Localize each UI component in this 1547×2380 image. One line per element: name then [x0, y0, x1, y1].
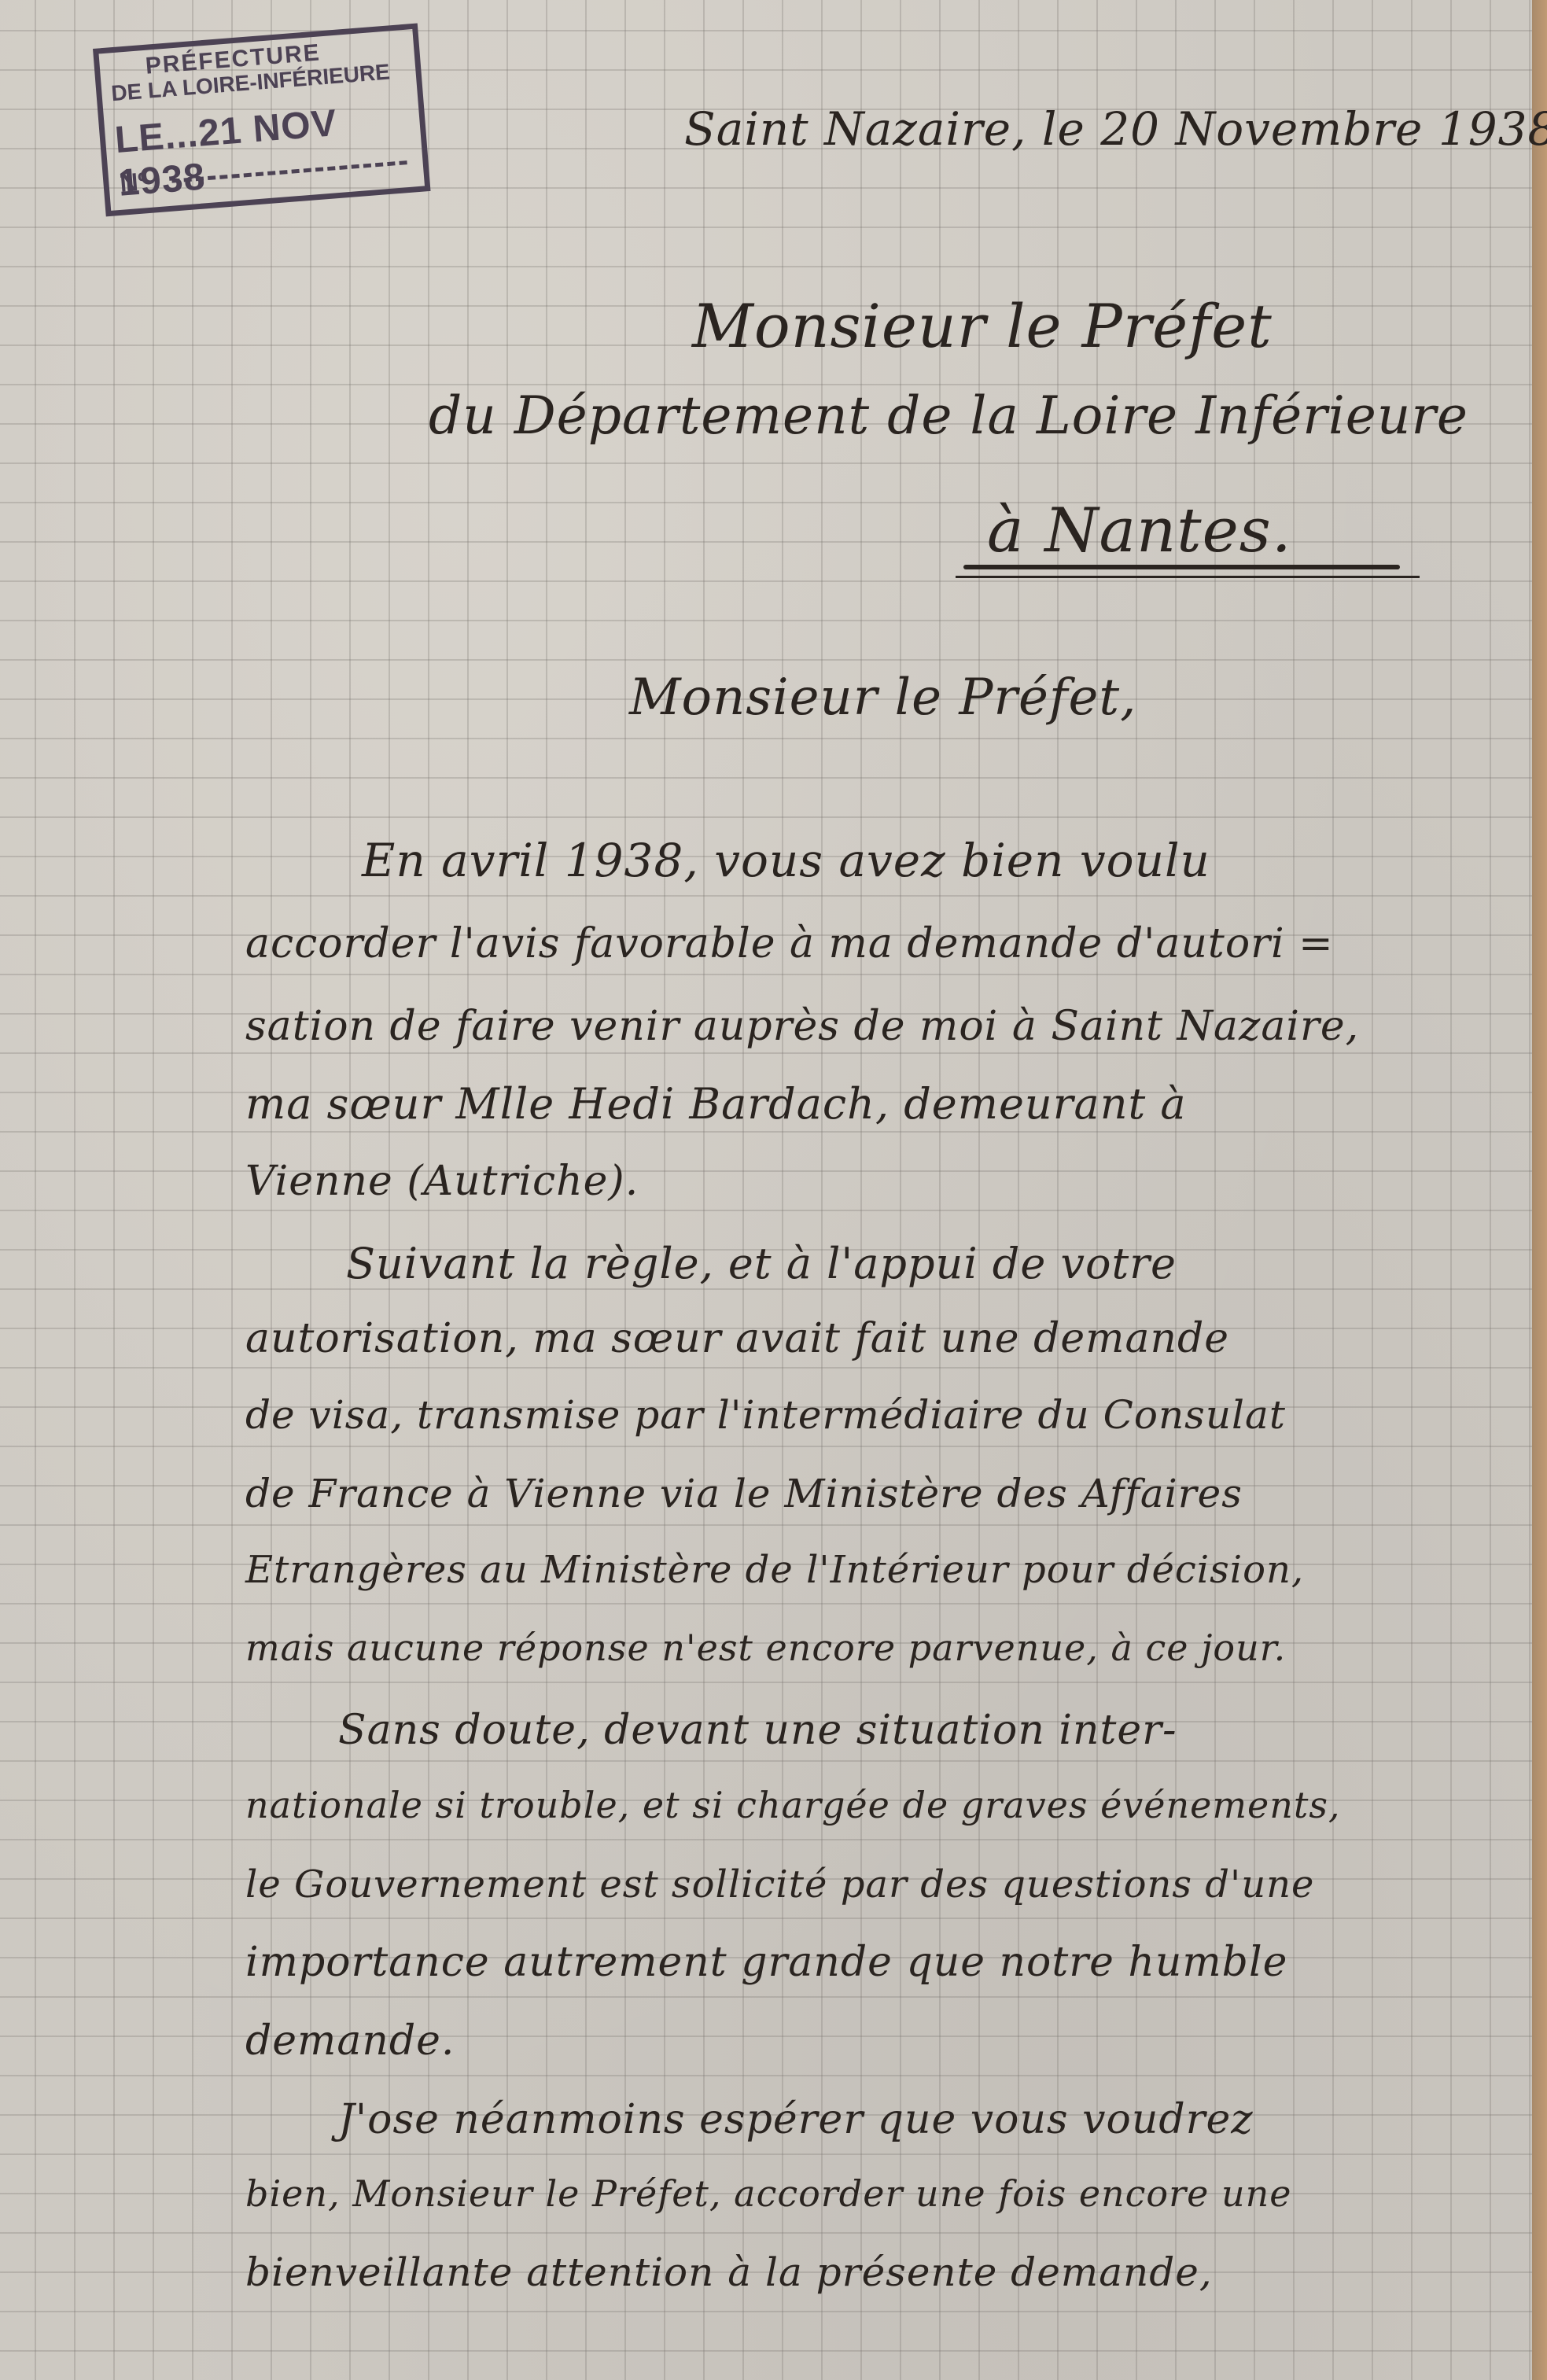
stamp-line-date: LE...21 NOV 1938 — [113, 95, 424, 205]
body-line: bien, Monsieur le Préfet, accorder une f… — [245, 2172, 1291, 2215]
body-line: demande. — [245, 2017, 455, 2065]
body-line: nationale si trouble, et si chargée de g… — [245, 1784, 1341, 1826]
body-line: Suivant la règle, et à l'appui de votre — [346, 1239, 1177, 1288]
addressee-line-1: Monsieur le Préfet — [692, 291, 1273, 361]
body-line: J'ose néanmoins espérer que vous voudrez — [338, 2096, 1254, 2143]
body-line: En avril 1938, vous avez bien voulu — [362, 834, 1210, 887]
body-line: importance autrement grande que notre hu… — [245, 1939, 1287, 1986]
body-line: autorisation, ma sœur avait fait une dem… — [245, 1315, 1229, 1362]
place-and-date: Saint Nazaire, le 20 Novembre 1938. — [684, 102, 1547, 156]
addressee-line-2: du Département de la Loire Inférieure — [429, 385, 1468, 446]
addressee-line-3: à Nantes. — [987, 496, 1292, 566]
body-line: sation de faire venir auprès de moi à Sa… — [245, 1003, 1359, 1050]
addressee-underline-thin — [956, 576, 1420, 578]
body-line: bienveillante attention à la présente de… — [245, 2249, 1213, 2295]
body-line: de visa, transmise par l'intermédiaire d… — [245, 1392, 1286, 1438]
prefecture-received-stamp: PRÉFECTURE DE LA LOIRE-INFÉRIEURE LE...2… — [93, 24, 431, 217]
body-line: ma sœur Mlle Hedi Bardach, demeurant à — [245, 1079, 1187, 1129]
body-line: Etrangères au Ministère de l'Intérieur p… — [245, 1548, 1304, 1592]
stamp-line-number: Nº — [119, 167, 149, 198]
body-line: le Gouvernement est sollicité par des qu… — [245, 1862, 1314, 1907]
body-line: de France à Vienne via le Ministère des … — [245, 1471, 1243, 1516]
body-line: mais aucune réponse n'est encore parvenu… — [245, 1627, 1286, 1669]
addressee-underline-thick — [963, 565, 1400, 569]
body-line: accorder l'avis favorable à ma demande d… — [245, 920, 1334, 967]
body-line: Sans doute, devant une situation inter- — [338, 1707, 1177, 1754]
cardboard-backing-edge — [1532, 0, 1547, 2380]
salutation: Monsieur le Préfet, — [629, 669, 1136, 727]
body-line: Vienne (Autriche). — [245, 1158, 639, 1205]
